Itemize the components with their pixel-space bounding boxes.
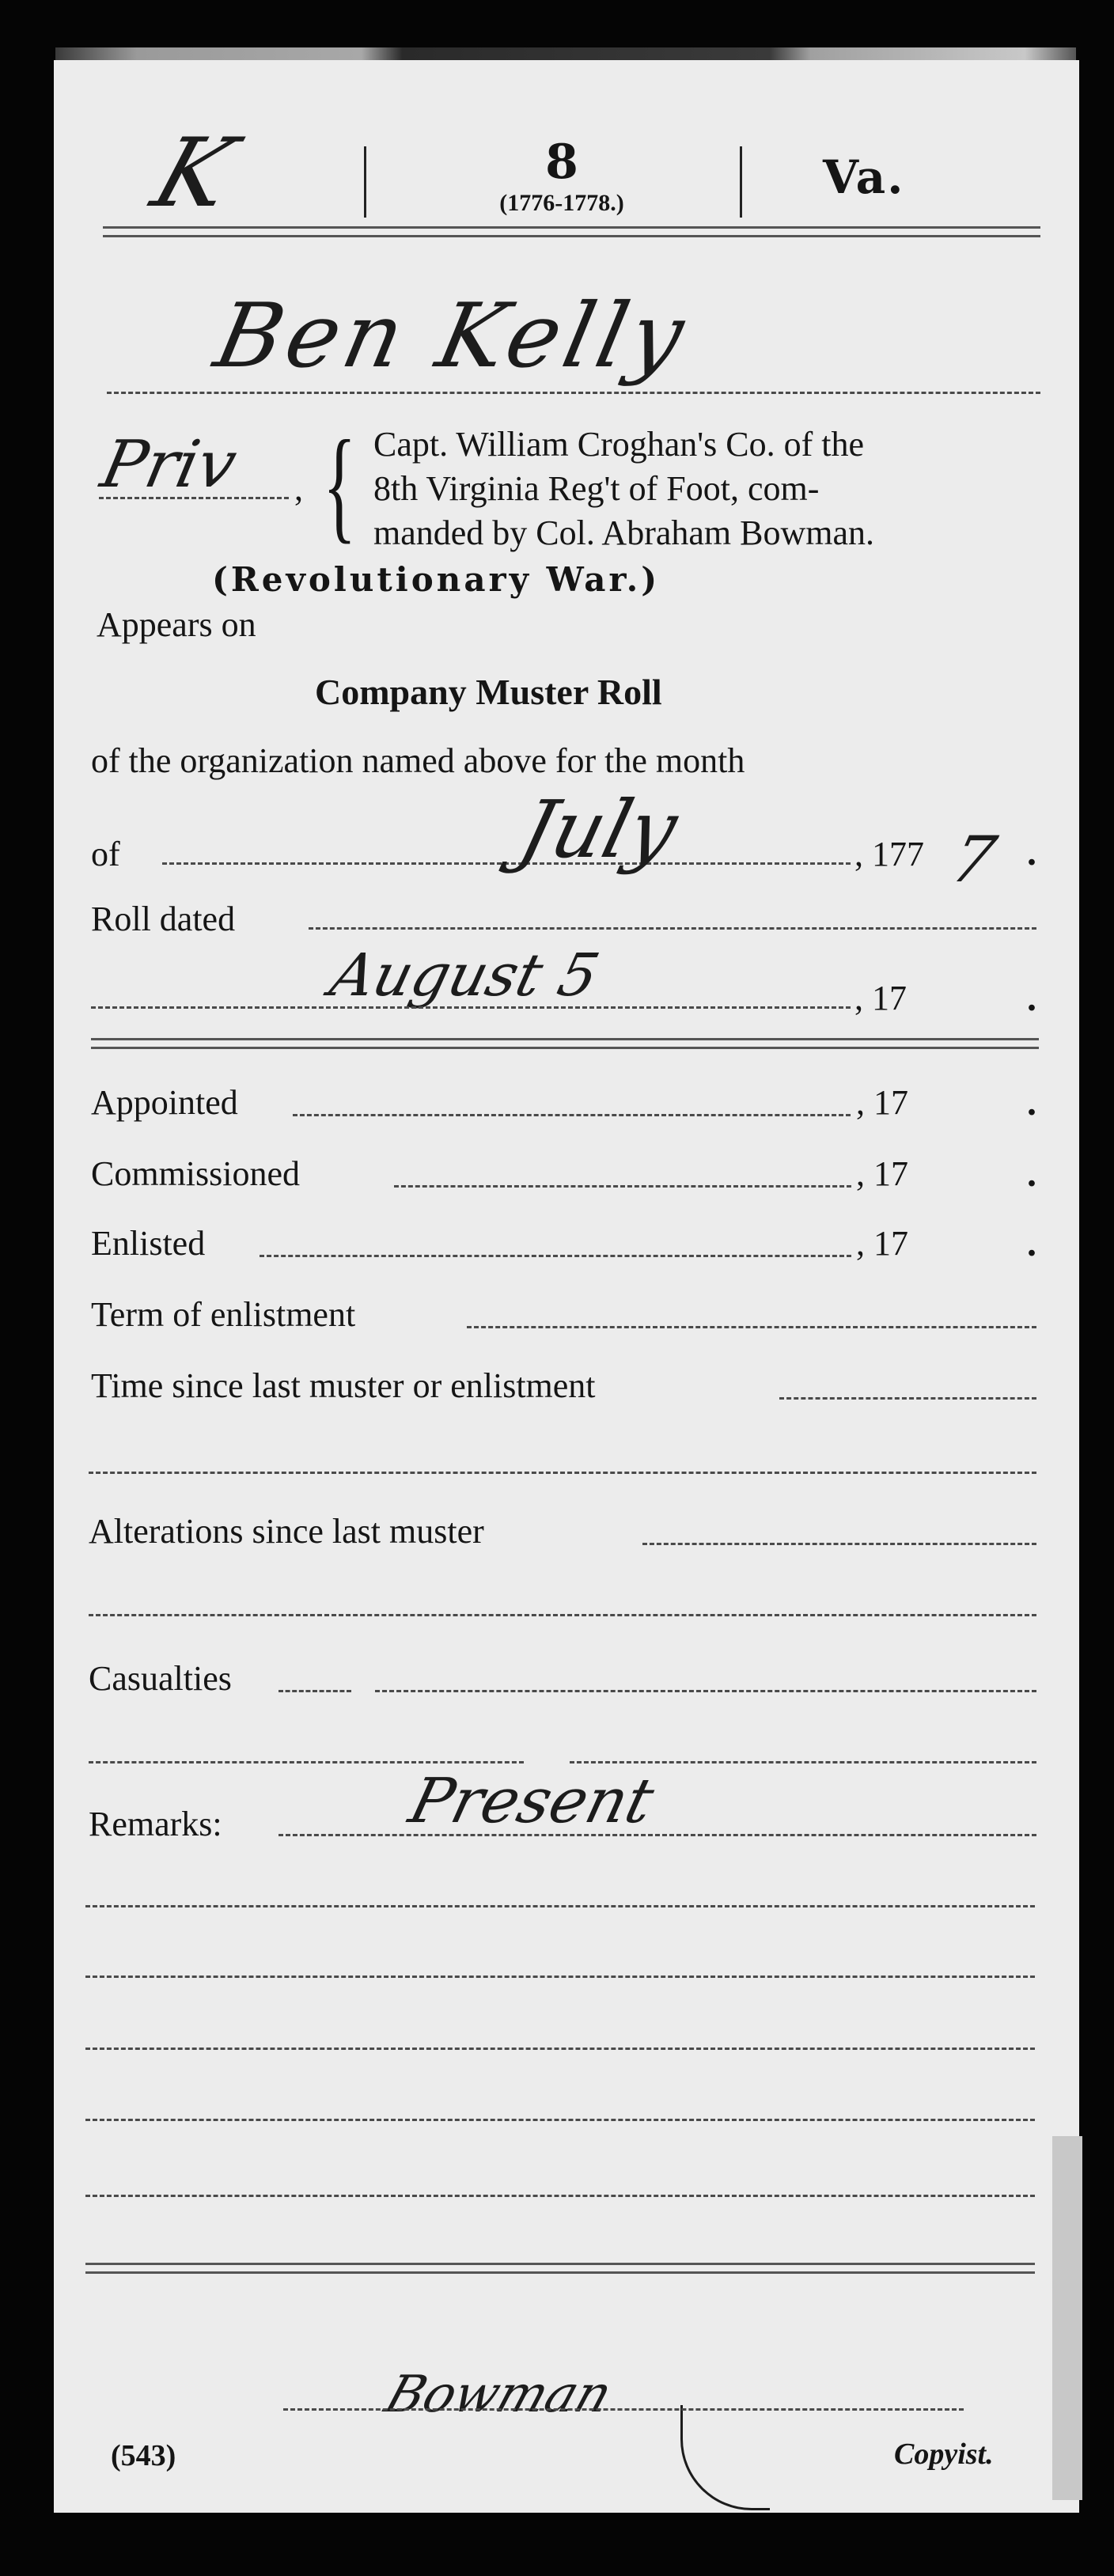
- roll-type: Company Muster Roll: [315, 671, 662, 713]
- signature-line: [283, 2408, 964, 2411]
- term-line: [467, 1326, 1036, 1328]
- appointed-year: , 17: [856, 1085, 908, 1120]
- enlisted-period: .: [1027, 1222, 1036, 1265]
- remarks-line-6: [85, 2195, 1035, 2197]
- rank-comma: ,: [294, 472, 303, 506]
- alterations-line-2: [89, 1614, 1036, 1616]
- unit-line-2: 8th Virginia Reg't of Foot, com-: [373, 472, 819, 506]
- roll-dated-line-2: [91, 1006, 851, 1009]
- alterations-label: Alterations since last muster: [89, 1514, 484, 1549]
- month-year-prefix: , 177: [854, 837, 924, 872]
- appointed-line: [293, 1114, 851, 1116]
- casualties-line-1a: [278, 1690, 351, 1692]
- remarks-line-2: [85, 1905, 1035, 1907]
- month-of-label: of: [91, 837, 120, 872]
- form-number: (543): [111, 2438, 176, 2473]
- casualties-label: Casualties: [89, 1661, 232, 1696]
- remarks-line-1: [278, 1834, 1036, 1836]
- remarks-line-4: [85, 2048, 1035, 2050]
- organization-line: of the organization named above for the …: [91, 744, 745, 778]
- casualties-line-2b: [570, 1761, 1036, 1763]
- appointed-period: .: [1027, 1081, 1036, 1124]
- header-double-rule: [103, 226, 1040, 237]
- roll-dated-period: .: [1027, 976, 1036, 1020]
- copyist-signature: Bowman: [378, 2366, 619, 2424]
- state-abbr: Va.: [823, 150, 904, 204]
- remarks-label: Remarks:: [89, 1807, 222, 1842]
- month-line: [162, 862, 851, 865]
- remarks-line-5: [85, 2119, 1035, 2121]
- paper-edge-shadow: [1052, 2136, 1082, 2500]
- term-label: Term of enlistment: [91, 1297, 355, 1332]
- time-since-label: Time since last muster or enlistment: [91, 1369, 596, 1404]
- war-label: (Revolutionary War.): [212, 560, 660, 599]
- name-line: [107, 392, 1040, 394]
- remarks-value: Present: [403, 1766, 661, 1837]
- commissioned-label: Commissioned: [91, 1157, 300, 1191]
- unit-line-1: Capt. William Croghan's Co. of the: [373, 427, 864, 462]
- alterations-line-1: [642, 1543, 1036, 1545]
- appointed-label: Appointed: [91, 1085, 238, 1120]
- unit-brace-icon: {: [323, 421, 356, 547]
- commissioned-period: .: [1027, 1152, 1036, 1195]
- copyist-label: Copyist.: [894, 2437, 994, 2472]
- enlisted-year: , 17: [856, 1226, 908, 1261]
- appears-on-label: Appears on: [97, 608, 256, 642]
- unit-line-3: manded by Col. Abraham Bowman.: [373, 516, 874, 551]
- roll-dated-label: Roll dated: [91, 902, 235, 937]
- enlisted-line: [260, 1255, 851, 1257]
- remarks-line-3: [85, 1976, 1035, 1978]
- soldier-name: Ben Kelly: [207, 285, 697, 388]
- footer-double-rule: [85, 2263, 1035, 2274]
- roll-dated-line-1: [309, 927, 1036, 930]
- time-since-line-2: [89, 1472, 1036, 1474]
- enlisted-label: Enlisted: [91, 1226, 205, 1261]
- commissioned-line: [394, 1185, 851, 1188]
- time-since-line-1: [779, 1397, 1036, 1400]
- casualties-line-1b: [375, 1690, 1036, 1692]
- month-value: July: [510, 783, 686, 876]
- regiment-number: 8: [506, 134, 617, 190]
- header-divider-right: [740, 146, 742, 218]
- casualties-line-2a: [89, 1761, 524, 1763]
- commissioned-year: , 17: [856, 1157, 908, 1191]
- rank: Priv: [95, 427, 243, 502]
- month-period: .: [1027, 831, 1036, 874]
- header-divider-left: [364, 146, 366, 218]
- mid-double-rule: [91, 1038, 1039, 1049]
- rank-line: [99, 497, 289, 499]
- years-range: (1776-1778.): [475, 190, 649, 217]
- roll-dated-value: August 5: [324, 941, 605, 1010]
- roll-dated-year: , 17: [854, 981, 907, 1016]
